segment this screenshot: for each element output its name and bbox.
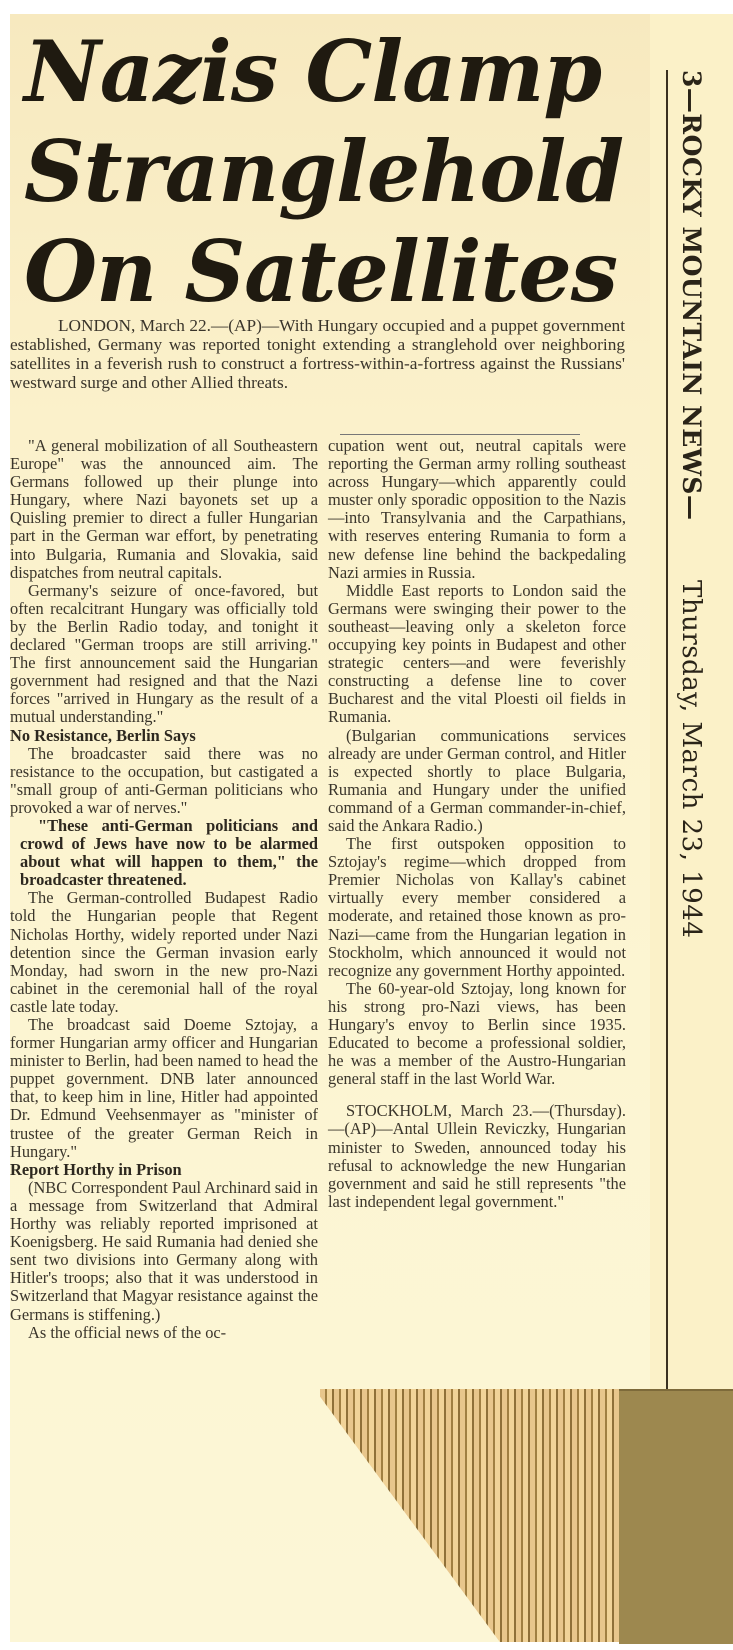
subhead-no-resistance: No Resistance, Berlin Says (10, 727, 318, 745)
headline-line-3: On Satellites (24, 222, 654, 322)
headline-line-2: Stranglehold (24, 122, 654, 222)
headline-line-1: Nazis Clamp (24, 22, 654, 122)
paragraph: (Bulgarian communications services alrea… (328, 727, 626, 836)
publication-date: Thursday, March 23, 1944 (676, 580, 706, 938)
bold-quote-paragraph: "These anti-German politicians and crowd… (10, 817, 318, 889)
lede-paragraph: LONDON, March 22.—(AP)—With Hungary occu… (10, 316, 625, 392)
right-column: cupation went out, neutral capitals were… (328, 437, 626, 1211)
stockholm-dispatch: STOCKHOLM, March 23.—(Thursday).—(AP)—An… (328, 1102, 626, 1211)
backing-board (619, 1389, 733, 1644)
paragraph: "A general mobilization of all Southeast… (10, 437, 318, 582)
paragraph: The first outspoken opposition to Sztoja… (328, 835, 626, 980)
lede-text: LONDON, March 22.—(AP)—With Hungary occu… (10, 316, 625, 392)
paragraph: The German-controlled Budapest Radio tol… (10, 889, 318, 1016)
paragraph: Germany's seizure of once-favored, but o… (10, 582, 318, 727)
newspaper-name: 3—ROCKY MOUNTAIN NEWS— (677, 70, 706, 520)
column-divider-rule (340, 434, 580, 435)
newspaper-clipping: Nazis Clamp Stranglehold On Satellites L… (10, 14, 733, 1642)
paragraph: Middle East reports to London said the G… (328, 582, 626, 727)
masthead: 3—ROCKY MOUNTAIN NEWS— Thursday, March 2… (676, 70, 706, 938)
paragraph: (NBC Correspondent Paul Archinard said i… (10, 1179, 318, 1324)
masthead-rule (666, 70, 668, 1390)
paragraph-continued: cupation went out, neutral capitals were… (328, 437, 626, 582)
paragraph: The broadcaster said there was no resist… (10, 745, 318, 817)
subhead-report-horthy: Report Horthy in Prison (10, 1161, 318, 1179)
headline: Nazis Clamp Stranglehold On Satellites (24, 22, 654, 322)
left-column: "A general mobilization of all Southeast… (10, 437, 318, 1342)
paragraph: As the official news of the oc- (10, 1324, 318, 1342)
paragraph: The 60-year-old Sztojay, long known for … (328, 980, 626, 1089)
paragraph: The broadcast said Doeme Sztojay, a form… (10, 1016, 318, 1161)
